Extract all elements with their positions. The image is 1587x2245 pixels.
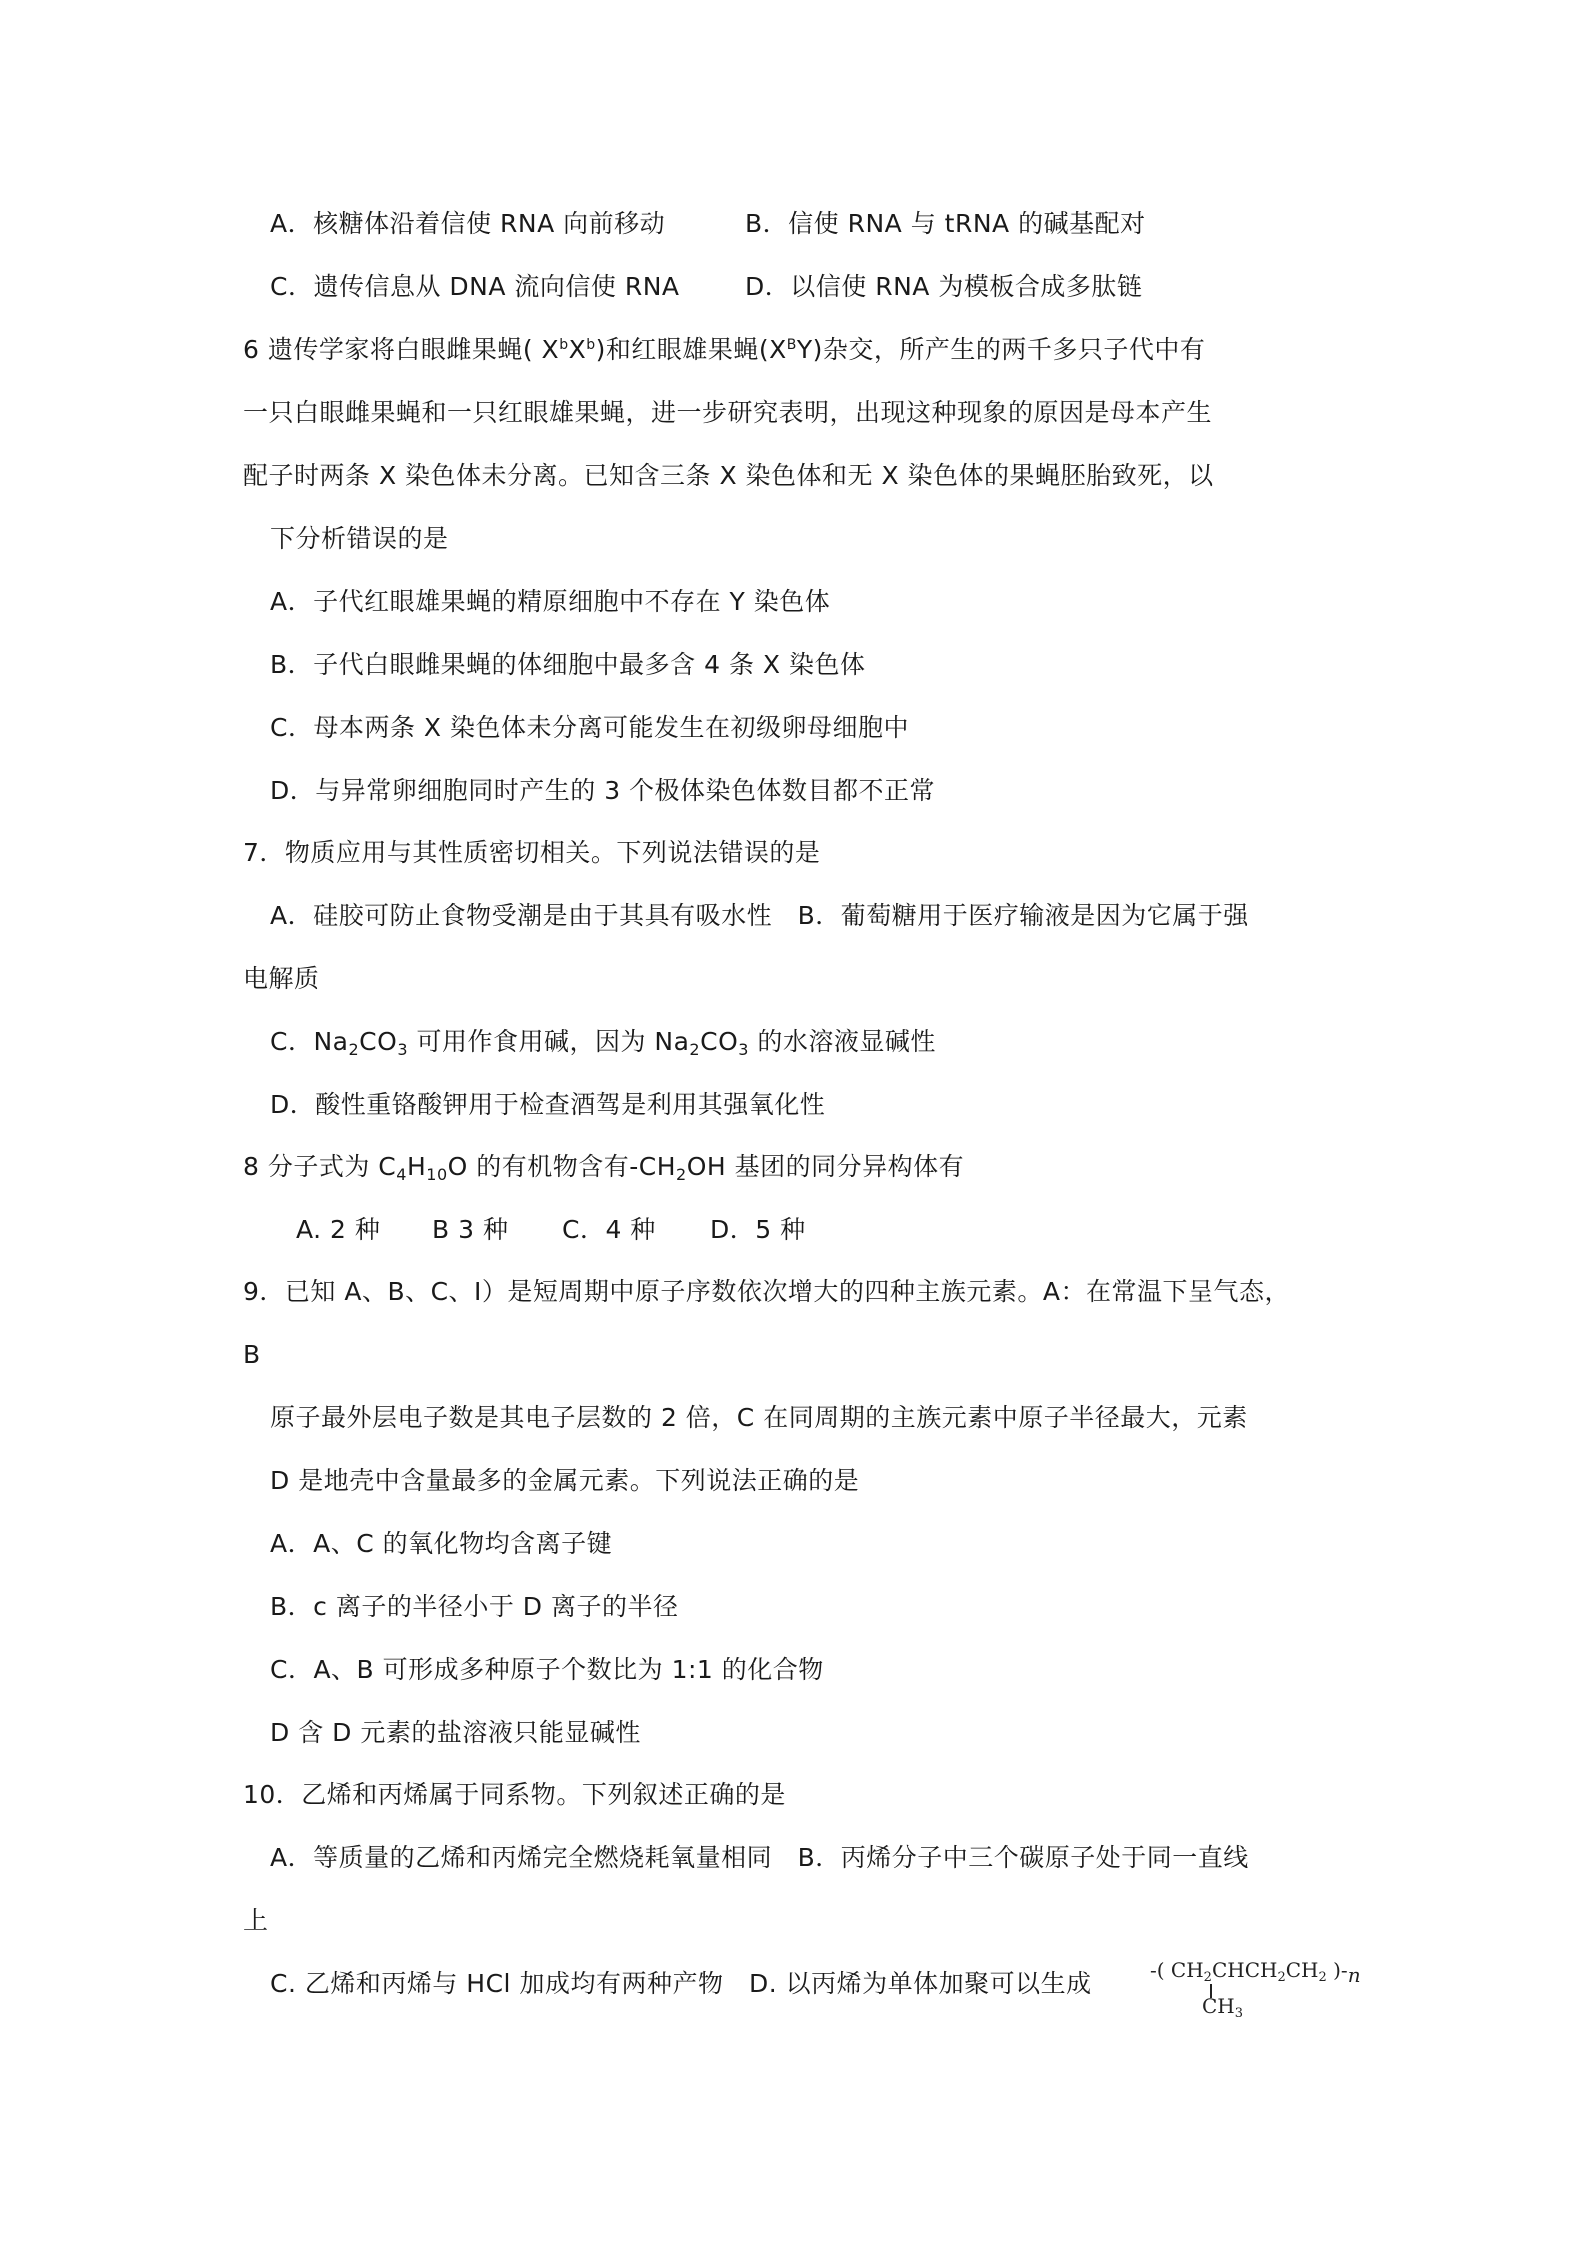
q9-stem-line-4: D 是地壳中含量最多的金属元素。下列说法正确的是	[270, 1464, 859, 1498]
q5-option-a: A．核糖体沿着信使 RNA 向前移动	[270, 207, 665, 241]
q8-stem: 8 分子式为 C4H10O 的有机物含有-CH2OH 基团的同分异构体有	[243, 1150, 964, 1184]
q8-option-d: D．5 种	[710, 1213, 806, 1247]
q10-option-b-wrap: 上	[243, 1904, 269, 1938]
q6-stem-line-1: 6 遗传学家将白眼雌果蝇( XbXb)和红眼雄果蝇(XBY)杂交，所产生的两千多…	[243, 333, 1205, 367]
q6-option-b: B．子代白眼雌果蝇的体细胞中最多含 4 条 X 染色体	[270, 648, 865, 682]
q9-stem-line-1: 9．已知 A、B、C、I）是短周期中原子序数依次增大的四种主族元素。A：在常温下…	[243, 1275, 1290, 1309]
polymer-main-chain: -( CH2CHCH2CH2 )-n	[1150, 1958, 1361, 1987]
q9-stem-line-2: B	[243, 1338, 261, 1372]
q9-option-a: A．A、C 的氧化物均含离子键	[270, 1527, 612, 1561]
q8-option-a: A. 2 种	[296, 1213, 380, 1247]
q9-stem-line-3: 原子最外层电子数是其电子层数的 2 倍，C 在同周期的主族元素中原子半径最大，元…	[270, 1401, 1248, 1435]
q6-stem-line-4: 下分析错误的是	[270, 522, 449, 556]
q7-option-c: C．Na2CO3 可用作食用碱，因为 Na2CO3 的水溶液显碱性	[270, 1025, 936, 1059]
q5-option-d: D．以信使 RNA 为模板合成多肽链	[745, 270, 1142, 304]
q10-option-a-b: A．等质量的乙烯和丙烯完全燃烧耗氧量相同 B．丙烯分子中三个碳原子处于同一直线	[270, 1841, 1249, 1875]
q10-option-c-d: C. 乙烯和丙烯与 HCl 加成均有两种产物 D. 以丙烯为单体加聚可以生成	[270, 1967, 1092, 2001]
polymer-structural-formula: -( CH2CHCH2CH2 )-n CH3	[1150, 1958, 1380, 2028]
q7-option-d: D．酸性重铬酸钾用于检查酒驾是利用其强氧化性	[270, 1088, 825, 1122]
q6-option-a: A．子代红眼雄果蝇的精原细胞中不存在 Y 染色体	[270, 585, 830, 619]
q9-option-c: C．A、B 可形成多种原子个数比为 1:1 的化合物	[270, 1653, 824, 1687]
q6-option-d: D．与异常卵细胞同时产生的 3 个极体染色体数目都不正常	[270, 774, 935, 808]
q5-option-c: C．遗传信息从 DNA 流向信使 RNA	[270, 270, 680, 304]
q8-option-b: B 3 种	[432, 1213, 508, 1247]
q9-option-b: B．c 离子的半径小于 D 离子的半径	[270, 1590, 679, 1624]
q7-option-b-wrap: 电解质	[243, 962, 320, 996]
q7-option-a-b: A．硅胶可防止食物受潮是由于其具有吸水性 B．葡萄糖用于医疗输液是因为它属于强	[270, 899, 1249, 933]
polymer-methyl-branch: CH3	[1202, 1994, 1243, 2018]
q6-stem-line-3: 配子时两条 X 染色体未分离。已知含三条 X 染色体和无 X 染色体的果蝇胚胎致…	[243, 459, 1214, 493]
q5-option-b: B．信使 RNA 与 tRNA 的碱基配对	[745, 207, 1146, 241]
q6-stem-line-2: 一只白眼雌果蝇和一只红眼雄果蝇，进一步研究表明，出现这种现象的原因是母本产生	[243, 396, 1212, 430]
q7-stem: 7．物质应用与其性质密切相关。下列说法错误的是	[243, 836, 820, 870]
q9-option-d: D 含 D 元素的盐溶液只能显碱性	[270, 1716, 641, 1750]
q8-option-c: C．4 种	[562, 1213, 656, 1247]
q6-option-c: C．母本两条 X 染色体未分离可能发生在初级卵母细胞中	[270, 711, 909, 745]
q10-stem: 10．乙烯和丙烯属于同系物。下列叙述正确的是	[243, 1778, 786, 1812]
